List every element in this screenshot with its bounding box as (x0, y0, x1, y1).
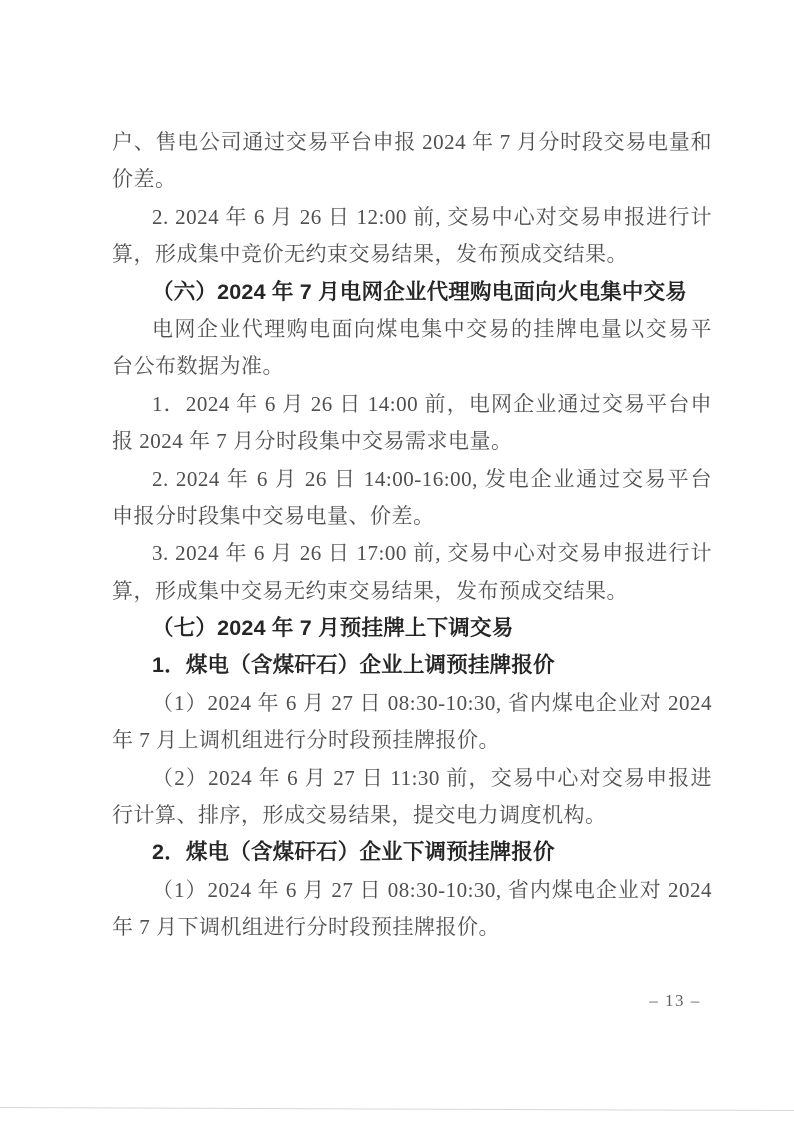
text-line: （1）2024 年 6 月 27 日 08:30-10:30, 省内煤电企业对 … (112, 685, 712, 722)
text-line: 年 7 月上调机组进行分时段预挂牌报价。 (112, 722, 712, 759)
text-line: 算，形成集中交易无约束交易结果，发布预成交结果。 (112, 573, 712, 610)
text-line: 3. 2024 年 6 月 26 日 17:00 前, 交易中心对交易申报进行计 (112, 535, 712, 572)
text-line: 1．2024 年 6 月 26 日 14:00 前，电网企业通过交易平台申 (112, 386, 712, 423)
text-line: 2. 2024 年 6 月 26 日 14:00-16:00, 发电企业通过交易… (112, 461, 712, 498)
text-block: 户、售电公司通过交易平台申报 2024 年 7 月分时段交易电量和价差。2. 2… (112, 124, 712, 947)
text-line: 2. 2024 年 6 月 26 日 12:00 前, 交易中心对交易申报进行计 (112, 199, 712, 236)
text-line: 报 2024 年 7 月分时段集中交易需求电量。 (112, 423, 712, 460)
text-line: 价差。 (112, 161, 712, 198)
text-line: 电网企业代理购电面向煤电集中交易的挂牌电量以交易平 (112, 311, 712, 348)
text-line: （2）2024 年 6 月 27 日 11:30 前，交易中心对交易申报进 (112, 760, 712, 797)
text-line: 2．煤电（含煤矸石）企业下调预挂牌报价 (112, 834, 712, 871)
text-line: （1）2024 年 6 月 27 日 08:30-10:30, 省内煤电企业对 … (112, 872, 712, 909)
text-line: 算，形成集中竞价无约束交易结果，发布预成交结果。 (112, 236, 712, 273)
text-line: （六）2024 年 7 月电网企业代理购电面向火电集中交易 (112, 274, 712, 311)
text-line: 户、售电公司通过交易平台申报 2024 年 7 月分时段交易电量和 (112, 124, 712, 161)
document-page: 户、售电公司通过交易平台申报 2024 年 7 月分时段交易电量和价差。2. 2… (0, 0, 794, 1123)
scan-edge-line (0, 1107, 794, 1111)
text-line: 台公布数据为准。 (112, 348, 712, 385)
text-line: （七）2024 年 7 月预挂牌上下调交易 (112, 610, 712, 647)
text-line: 申报分时段集中交易电量、价差。 (112, 498, 712, 535)
page-number: – 13 – (625, 989, 725, 1013)
text-line: 行计算、排序，形成交易结果，提交电力调度机构。 (112, 797, 712, 834)
text-line: 年 7 月下调机组进行分时段预挂牌报价。 (112, 909, 712, 946)
text-line: 1．煤电（含煤矸石）企业上调预挂牌报价 (112, 647, 712, 684)
